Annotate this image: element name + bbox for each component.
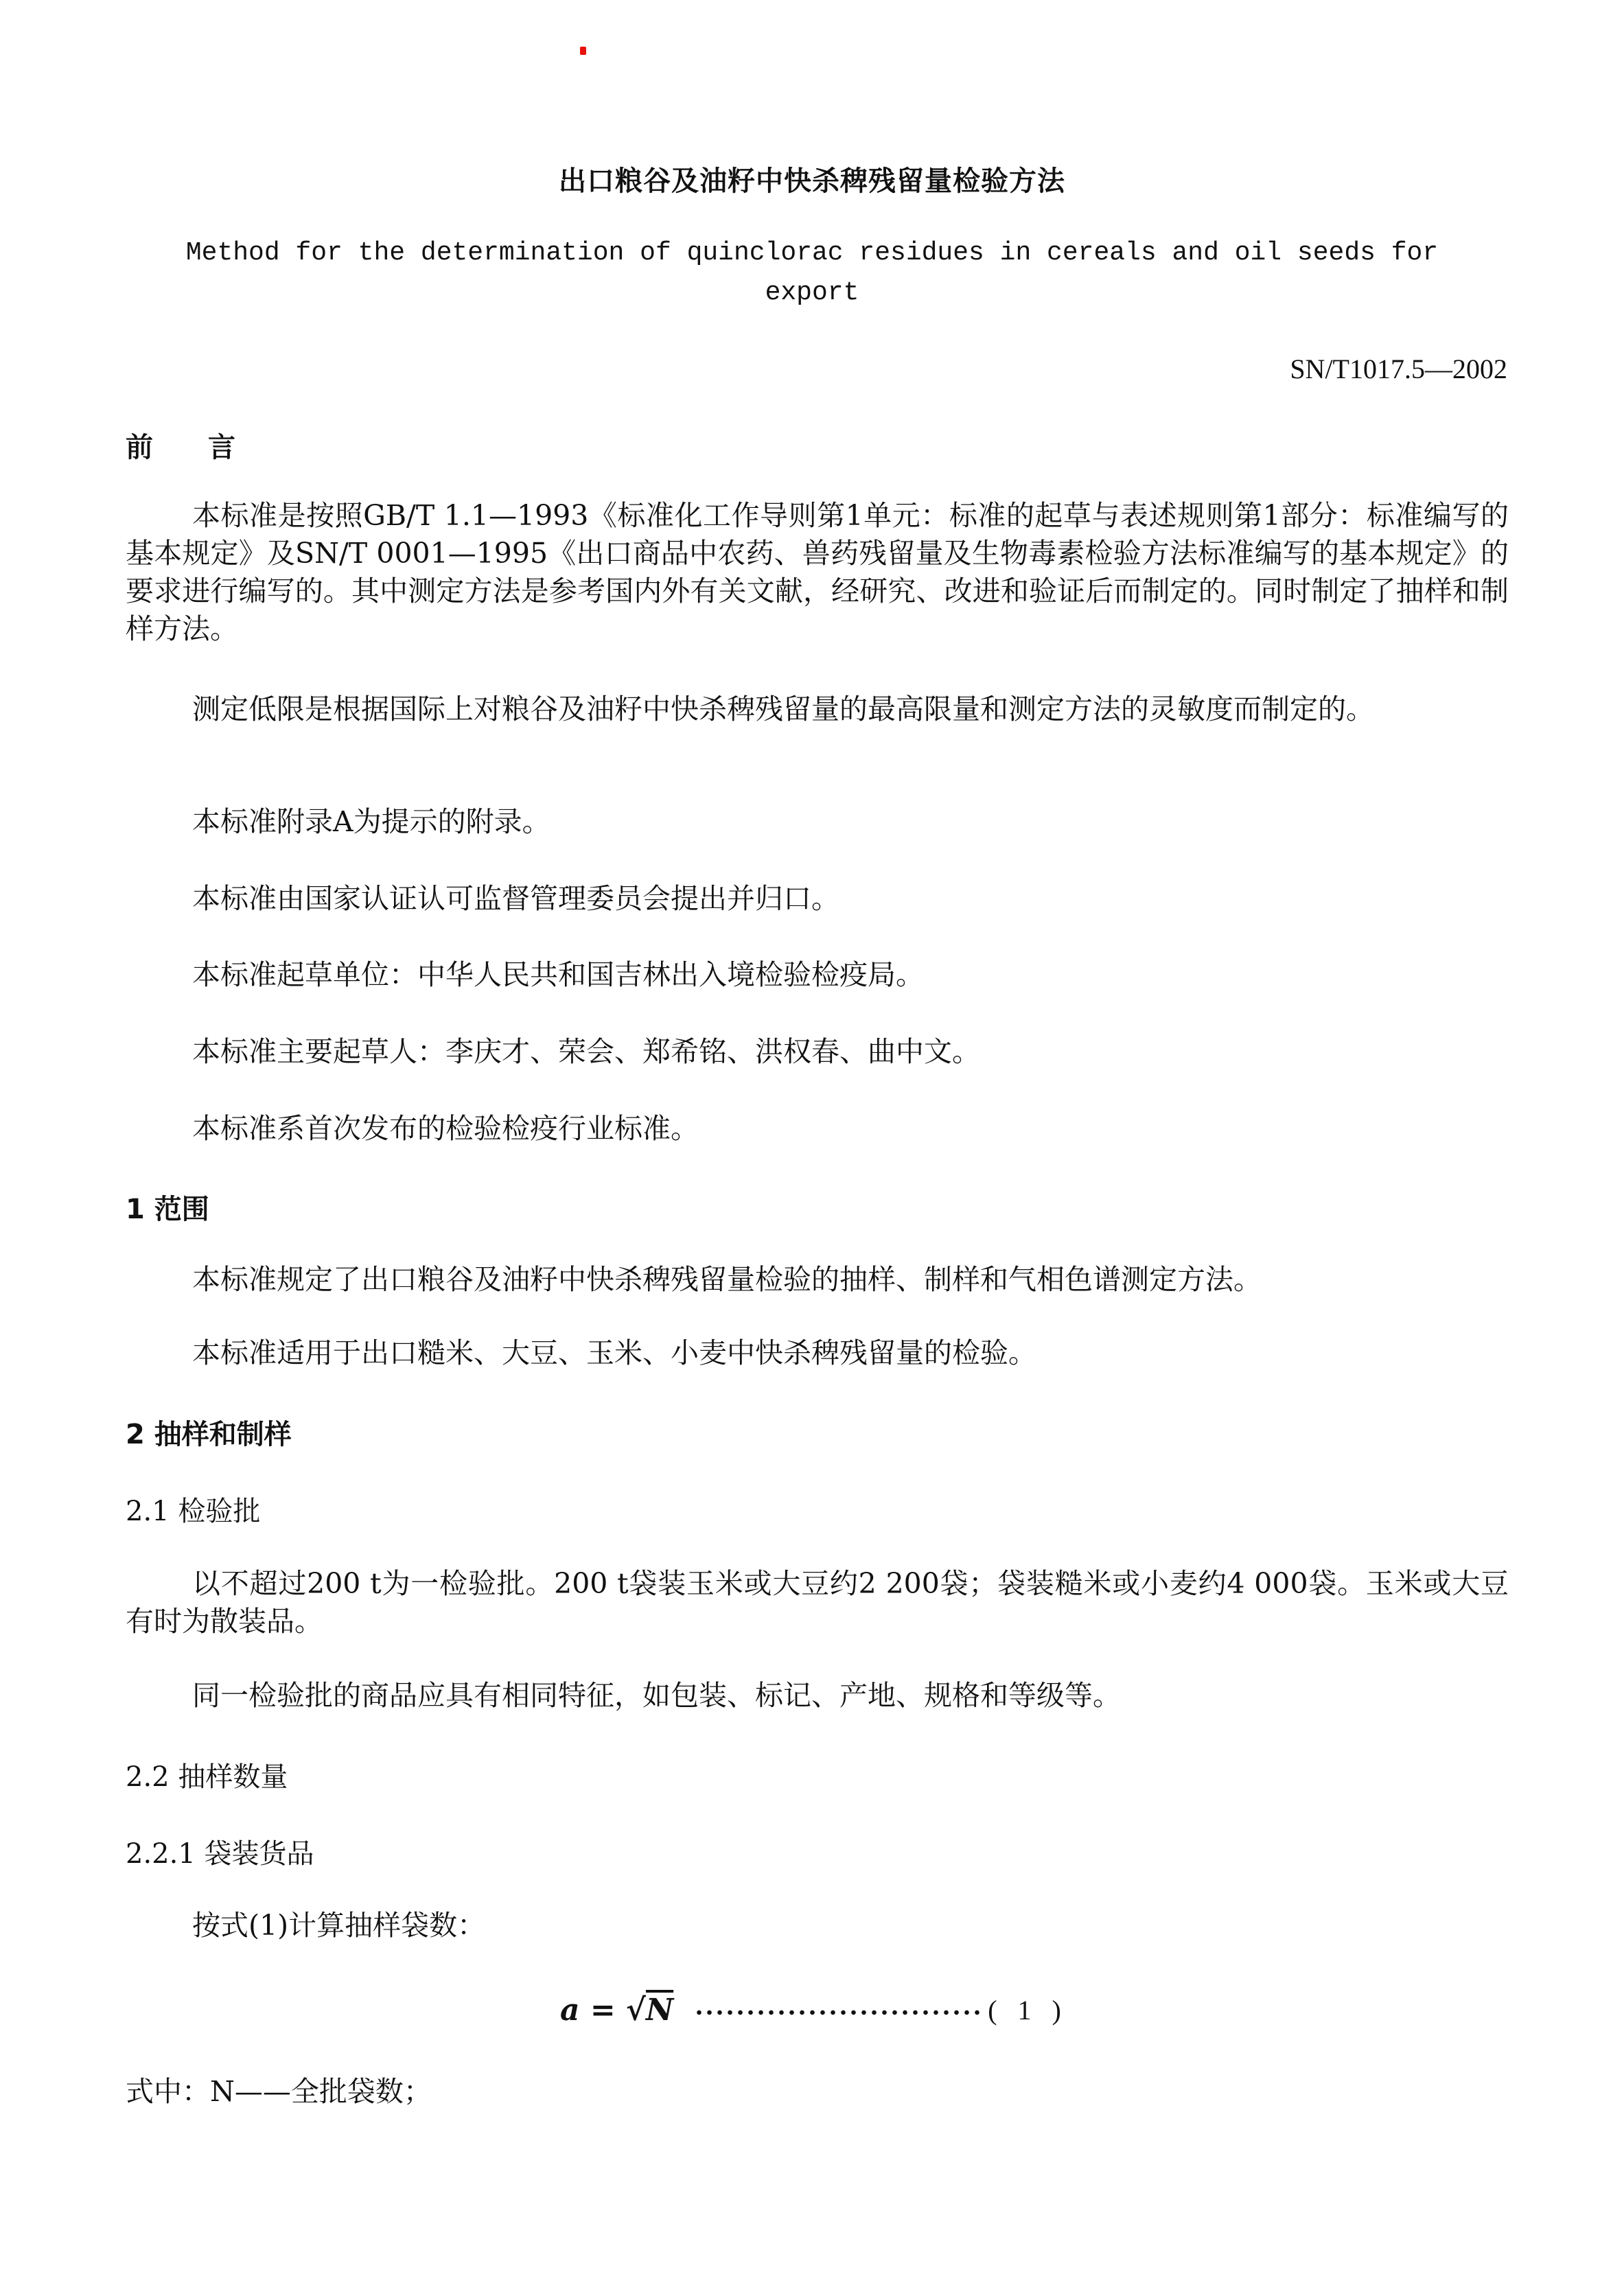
section-1-paragraph-1: 本标准规定了出口粮谷及油籽中快杀稗残留量检验的抽样、制样和气相色谱测定方法。 bbox=[126, 1261, 1509, 1299]
foreword-paragraph-2: 测定低限是根据国际上对粮谷及油籽中快杀稗残留量的最高限量和测定方法的灵敏度而制定… bbox=[126, 691, 1509, 728]
document-title-en-line1: Method for the determination of quinclor… bbox=[137, 233, 1487, 273]
foreword-paragraph-5: 本标准起草单位：中华人民共和国吉林出入境检验检疫局。 bbox=[126, 956, 1509, 994]
section-2-1-paragraph-2: 同一检验批的商品应具有相同特征，如包装、标记、产地、规格和等级等。 bbox=[126, 1677, 1509, 1715]
foreword-paragraph-1: 本标准是按照GB/T 1.1—1993《标准化工作导则第1单元：标准的起草与表述… bbox=[126, 497, 1509, 648]
red-scan-mark bbox=[580, 47, 586, 55]
section-2-2-heading: 2.2 抽样数量 bbox=[126, 1755, 288, 1794]
foreword-paragraph-3: 本标准附录A为提示的附录。 bbox=[126, 803, 1509, 841]
formula-1: a = √N ( 1 ) bbox=[560, 1991, 1068, 2029]
foreword-paragraph-4: 本标准由国家认证认可监督管理委员会提出并归口。 bbox=[126, 880, 1509, 918]
document-title-en-line2: export bbox=[137, 273, 1487, 313]
standard-number: SN/T1017.5—2002 bbox=[1290, 353, 1507, 385]
section-2-heading: 2 抽样和制样 bbox=[126, 1413, 292, 1452]
formula-radicand: N bbox=[646, 1993, 673, 2028]
formula-lhs: a bbox=[560, 1993, 580, 2028]
section-2-2-1-heading: 2.2.1 袋装货品 bbox=[126, 1832, 314, 1871]
foreword-paragraph-7: 本标准系首次发布的检验检疫行业标准。 bbox=[126, 1110, 1509, 1148]
formula-expression: a = √N bbox=[560, 1993, 673, 2028]
sqrt-symbol: √ bbox=[626, 1993, 646, 2028]
equation-number: ( 1 ) bbox=[988, 1994, 1068, 2026]
dot-leader bbox=[694, 2010, 982, 2015]
document-title-cn: 出口粮谷及油籽中快杀稗残留量检验方法 bbox=[0, 159, 1624, 198]
formula-equals: = bbox=[590, 1993, 616, 2028]
section-1-heading: 1 范围 bbox=[126, 1187, 209, 1227]
formula-intro: 按式(1)计算抽样袋数： bbox=[126, 1907, 1509, 1945]
section-2-1-paragraph-1: 以不超过200 t为一检验批。200 t袋装玉米或大豆约2 200袋；袋装糙米或… bbox=[126, 1565, 1509, 1640]
formula-where-clause: 式中：N——全批袋数； bbox=[126, 2073, 1509, 2111]
section-2-1-heading: 2.1 检验批 bbox=[126, 1489, 260, 1529]
foreword-heading: 前 言 bbox=[126, 426, 235, 465]
section-1-paragraph-2: 本标准适用于出口糙米、大豆、玉米、小麦中快杀稗残留量的检验。 bbox=[126, 1334, 1509, 1372]
foreword-paragraph-6: 本标准主要起草人：李庆才、荣会、郑希铭、洪权春、曲中文。 bbox=[126, 1033, 1509, 1071]
